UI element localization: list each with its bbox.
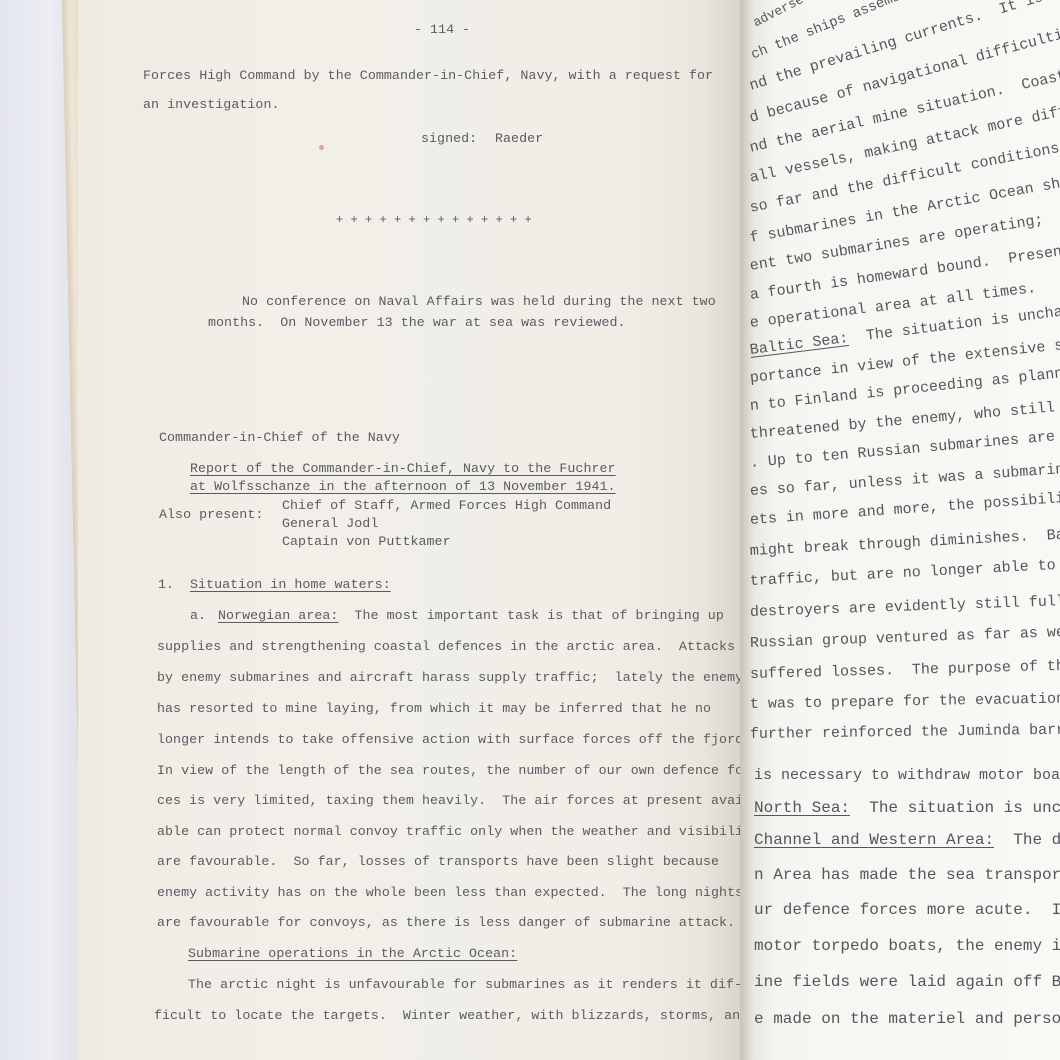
signature-name: Raeder <box>495 131 543 146</box>
right-line: suffered losses. The purpose of the op <box>750 657 1060 683</box>
body-line: ficult to locate the targets. Winter wea… <box>154 1008 748 1023</box>
baltic-sea-heading: Baltic Sea: <box>749 330 849 359</box>
subsection-heading: Norwegian area: <box>218 608 338 623</box>
continuation-line-1: Forces High Command by the Commander-in-… <box>143 68 713 83</box>
right-line-text: The situation is unchanged. <box>850 799 1060 817</box>
right-line-text: The decided <box>994 831 1060 849</box>
right-line-channel: Channel and Western Area: The decided <box>754 831 1060 849</box>
channel-western-area-heading: Channel and Western Area: <box>754 831 994 849</box>
note-line-1: No conference on Naval Affairs was held … <box>242 294 716 309</box>
signature-label: signed: <box>421 131 477 146</box>
subsection-heading-wrap: Norwegian area: The most important task … <box>218 608 724 623</box>
report-title-line-2: at Wolfsschanze in the afternoon of 13 N… <box>190 479 616 494</box>
right-line: motor torpedo boats, the enemy is layi <box>754 937 1060 955</box>
continuation-line-2: an investigation. <box>143 97 280 112</box>
attendee: Chief of Staff, Armed Forces High Comman… <box>282 498 611 513</box>
body-line: are favourable. So far, losses of transp… <box>157 854 719 869</box>
right-line: further reinforced the Juminda barrage. <box>750 721 1060 743</box>
right-line: is necessary to withdraw motor boats. <box>754 767 1060 784</box>
body-line: ces is very limited, taxing them heavily… <box>157 793 759 808</box>
page-number: - 114 - <box>414 22 470 37</box>
body-line: are favourable for convoys, as there is … <box>157 915 735 930</box>
memo-from: Commander-in-Chief of the Navy <box>159 430 400 445</box>
subsection-heading-submarine: Submarine operations in the Arctic Ocean… <box>188 946 517 961</box>
body-line: enemy activity has on the whole been les… <box>157 885 743 900</box>
right-line: e made on the materiel and personnel <box>754 1010 1060 1028</box>
right-line: ur defence forces more acute. In add <box>754 901 1060 919</box>
also-present-label: Also present: <box>159 507 263 522</box>
section-number: 1. <box>158 577 174 592</box>
section-heading: Situation in home waters: <box>190 577 391 592</box>
attendee: General Jodl <box>282 516 378 531</box>
body-line: The most important task is that of bring… <box>338 608 723 623</box>
report-title-line-1: Report of the Commander-in-Chief, Navy t… <box>190 461 616 476</box>
right-line: traffic, but are no longer able to opera… <box>750 554 1060 590</box>
separator: + + + + + + + + + + + + + + <box>336 213 532 227</box>
body-line: The arctic night is unfavourable for sub… <box>188 977 742 992</box>
left-page: - 114 - Forces High Command by the Comma… <box>78 0 740 1060</box>
right-page: adverse effect ch the ships assembled in… <box>740 0 1060 1060</box>
ink-stain <box>319 145 324 150</box>
body-line: by enemy submarines and aircraft harass … <box>157 670 743 685</box>
gutter-shadow <box>700 0 740 1060</box>
body-line: able can protect normal convoy traffic o… <box>157 824 759 839</box>
body-line: In view of the length of the sea routes,… <box>157 763 759 778</box>
body-line: longer intends to take offensive action … <box>157 732 759 747</box>
attendee: Captain von Puttkamer <box>282 534 451 549</box>
right-line-north-sea: North Sea: The situation is unchanged. <box>754 799 1060 817</box>
gutter-shadow <box>740 0 754 1060</box>
right-line: ine fields were laid again off Boulog <box>754 973 1060 991</box>
body-line: has resorted to mine laying, from which … <box>157 701 711 716</box>
right-line: destroyers are evidently still fully cap… <box>750 591 1060 621</box>
body-line: supplies and strengthening coastal defen… <box>157 639 735 654</box>
right-line: Russian group ventured as far as west <box>750 623 1060 652</box>
north-sea-heading: North Sea: <box>754 799 850 817</box>
right-line: t was to prepare for the evacuation of <box>750 690 1060 713</box>
right-line: might break through diminishes. Battl <box>750 525 1060 560</box>
right-line: n Area has made the sea transport situ <box>754 866 1060 884</box>
note-line-2: months. On November 13 the war at sea wa… <box>208 315 626 330</box>
subsection-letter: a. <box>190 608 206 623</box>
